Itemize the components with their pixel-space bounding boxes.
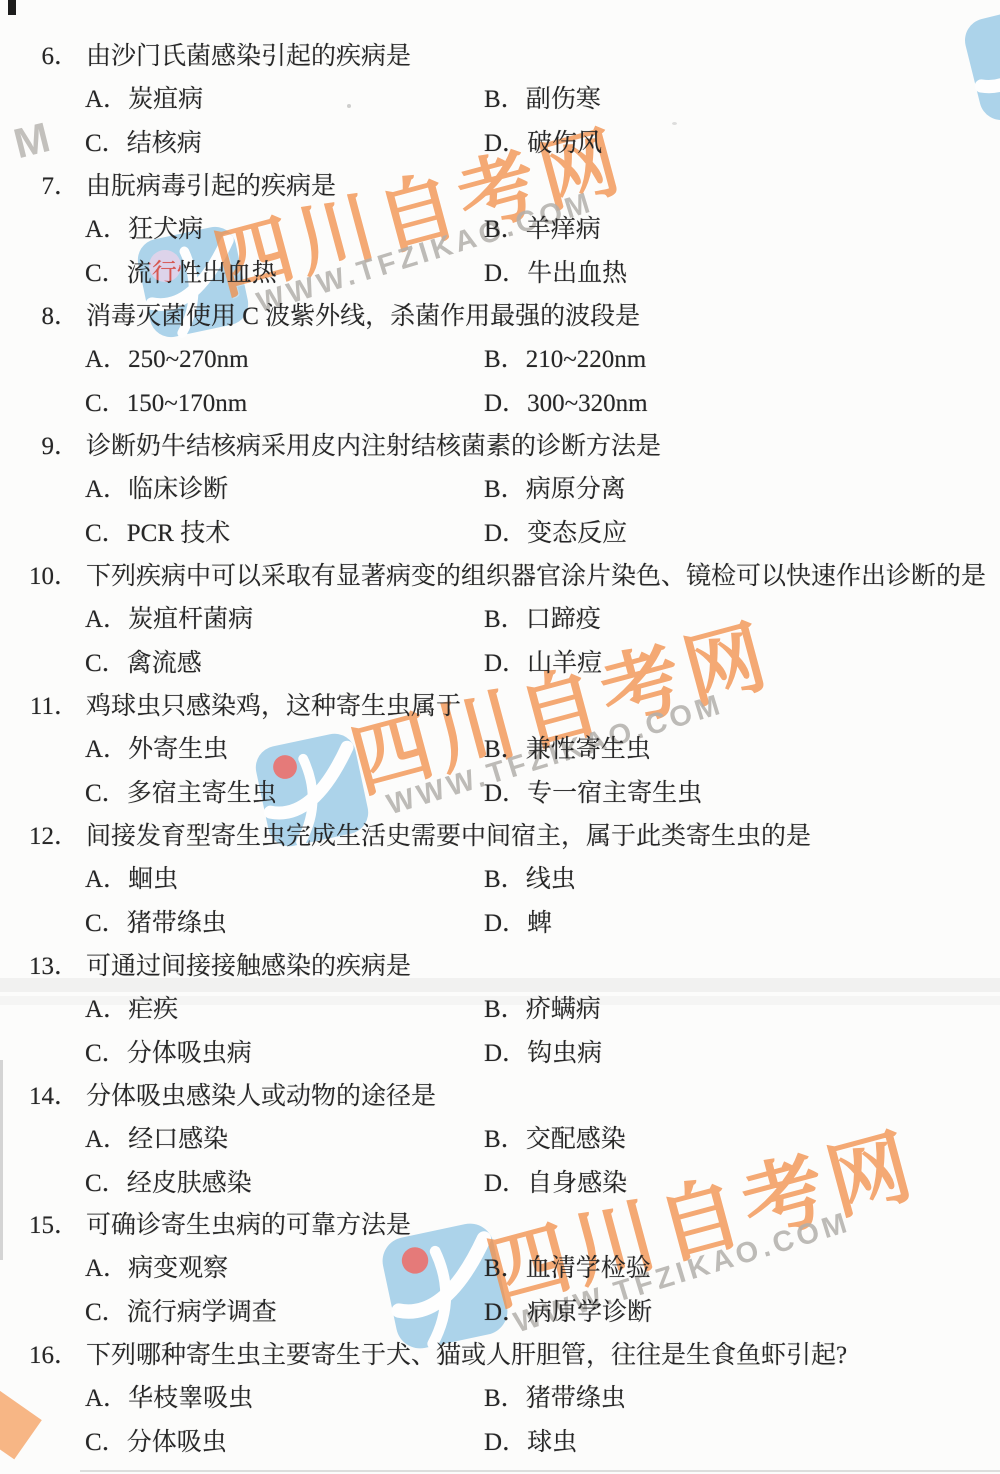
question-number: 12．	[0, 816, 79, 852]
option-d-text: 钩虫病	[527, 1040, 602, 1067]
question-number: 11．	[0, 686, 79, 722]
option-a-text: 炭疽杆菌病	[128, 606, 253, 633]
option-a-label: A．	[85, 476, 128, 503]
option-b-text: 血清学检验	[526, 1255, 651, 1282]
option-b-label: B．	[484, 346, 526, 373]
question-number: 8．	[0, 296, 79, 332]
option-c-text: 禽流感	[127, 650, 202, 677]
option-a-text: 经口感染	[128, 1126, 228, 1153]
options-row-ab: A．经口感染 B．交配感染	[0, 1119, 1000, 1153]
option-b-label: B．	[484, 476, 526, 503]
option-a-label: A．	[85, 1255, 128, 1282]
question-stem-text: 由朊病毒引起的疾病是	[86, 166, 336, 202]
option-b-label: B．	[484, 1385, 526, 1412]
options-row-cd: C．结核病 D．破伤风	[0, 123, 1000, 157]
option-c: C．多宿主寄生虫	[85, 773, 277, 809]
option-c: C．流行性出血热	[85, 253, 277, 289]
option-b-text: 口蹄疫	[526, 606, 601, 633]
option-c-text: 流行病学调查	[127, 1299, 277, 1326]
option-c-label: C．	[85, 1299, 127, 1326]
logo-red-dot	[149, 250, 181, 282]
option-c: C．禽流感	[85, 643, 202, 679]
option-d: D．破伤风	[484, 123, 602, 159]
question-number: 13．	[0, 946, 79, 982]
question-stem-text: 下列哪种寄生虫主要寄生于犬、猫或人肝胆管，往往是生食鱼虾引起?	[86, 1335, 847, 1371]
option-c: C．猪带绦虫	[85, 903, 227, 939]
option-c-text: 猪带绦虫	[127, 910, 227, 937]
option-d-text: 专一宿主寄生虫	[527, 780, 702, 807]
option-a-text: 蛔虫	[128, 866, 178, 893]
option-c-text: 结核病	[127, 130, 202, 157]
option-d-label: D．	[484, 650, 527, 677]
question-stem-text: 鸡球虫只感染鸡，这种寄生虫属于	[86, 686, 461, 722]
question-stem-text: 间接发育型寄生虫完成生活史需要中间宿主，属于此类寄生虫的是	[86, 816, 811, 852]
option-c-label: C．	[85, 390, 127, 417]
question-stem-row: 16． 下列哪种寄生虫主要寄生于犬、猫或人肝胆管，往往是生食鱼虾引起?	[0, 1335, 1000, 1369]
option-c-text: PCR 技术	[127, 520, 231, 547]
option-d-label: D．	[484, 1040, 527, 1067]
question-number: 16．	[0, 1335, 79, 1371]
option-a-label: A．	[85, 606, 128, 633]
question-stem-text: 消毒灭菌使用 C 波紫外线，杀菌作用最强的波段是	[86, 296, 640, 332]
question-9: 9． 诊断奶牛结核病采用皮内注射结核菌素的诊断方法是 A．临床诊断 B．病原分离…	[0, 426, 1000, 558]
option-a-text: 华枝睾吸虫	[128, 1385, 253, 1412]
question-number: 6．	[0, 36, 79, 72]
option-d-label: D．	[484, 1429, 527, 1456]
option-b-text: 疥螨病	[526, 996, 601, 1023]
option-c-text: 分体吸虫病	[127, 1040, 252, 1067]
option-a-label: A．	[85, 1126, 128, 1153]
question-number: 7．	[0, 166, 79, 202]
option-b-label: B．	[484, 1255, 526, 1282]
option-d-label: D．	[484, 780, 527, 807]
option-b-text: 兼性寄生虫	[526, 736, 651, 763]
options-row-ab: A．临床诊断 B．病原分离	[0, 469, 1000, 503]
option-c: C．分体吸虫	[85, 1422, 227, 1458]
option-c: C．结核病	[85, 123, 202, 159]
option-d: D．球虫	[484, 1422, 577, 1458]
option-a: A．经口感染	[85, 1119, 228, 1155]
question-stem-row: 11． 鸡球虫只感染鸡，这种寄生虫属于	[0, 686, 1000, 720]
options-row-ab: A．疟疾 B．疥螨病	[0, 989, 1000, 1023]
option-b-text: 交配感染	[526, 1126, 626, 1153]
option-c-label: C．	[85, 1170, 127, 1197]
question-stem-row: 9． 诊断奶牛结核病采用皮内注射结核菌素的诊断方法是	[0, 426, 1000, 460]
option-a: A．炭疽病	[85, 79, 203, 115]
option-c-text: 多宿主寄生虫	[127, 780, 277, 807]
option-b: B．病原分离	[484, 469, 626, 505]
option-b-label: B．	[484, 996, 526, 1023]
option-c-text: 150~170nm	[127, 390, 247, 417]
option-d: D．山羊痘	[484, 643, 602, 679]
options-row-ab: A．外寄生虫 B．兼性寄生虫	[0, 729, 1000, 763]
option-b-label: B．	[484, 866, 526, 893]
option-b-text: 羊痒病	[526, 216, 601, 243]
question-number: 14．	[0, 1076, 79, 1112]
option-a-label: A．	[85, 866, 128, 893]
option-b-label: B．	[484, 86, 526, 113]
option-c: C．经皮肤感染	[85, 1163, 252, 1199]
options-row-ab: A．炭疽杆菌病 B．口蹄疫	[0, 599, 1000, 633]
options-row-cd: C．150~170nm D．300~320nm	[0, 383, 1000, 417]
options-row-cd: C．流行病学调查 D．病原学诊断	[0, 1292, 1000, 1326]
option-a-label: A．	[85, 1385, 128, 1412]
question-stem-text: 由沙门氏菌感染引起的疾病是	[86, 36, 411, 72]
option-d-text: 蜱	[527, 910, 552, 937]
question-stem-row: 7． 由朊病毒引起的疾病是	[0, 166, 1000, 200]
option-d-label: D．	[484, 520, 527, 547]
option-c-label: C．	[85, 910, 127, 937]
option-a: A．华枝睾吸虫	[85, 1378, 253, 1414]
option-a-text: 病变观察	[128, 1255, 228, 1282]
option-d-text: 300~320nm	[527, 390, 647, 417]
question-stem-text: 诊断奶牛结核病采用皮内注射结核菌素的诊断方法是	[86, 426, 661, 462]
option-a: A．炭疽杆菌病	[85, 599, 253, 635]
option-c-label: C．	[85, 650, 127, 677]
question-stem-row: 10． 下列疾病中可以采取有显著病变的组织器官涂片染色、镜检可以快速作出诊断的是	[0, 556, 1000, 590]
option-a-label: A．	[85, 996, 128, 1023]
question-13: 13． 可通过间接接触感染的疾病是 A．疟疾 B．疥螨病 C．分体吸虫病 D．钩…	[0, 946, 1000, 1078]
question-6: 6． 由沙门氏菌感染引起的疾病是 A．炭疽病 B．副伤寒 C．结核病 D．破伤风	[0, 36, 1000, 168]
question-stem-row: 12． 间接发育型寄生虫完成生活史需要中间宿主，属于此类寄生虫的是	[0, 816, 1000, 850]
option-b: B．血清学检验	[484, 1248, 651, 1284]
option-d-text: 山羊痘	[527, 650, 602, 677]
options-row-cd: C．禽流感 D．山羊痘	[0, 643, 1000, 677]
option-a: A．250~270nm	[85, 339, 249, 375]
option-b-text: 线虫	[526, 866, 576, 893]
question-14: 14． 分体吸虫感染人或动物的途径是 A．经口感染 B．交配感染 C．经皮肤感染…	[0, 1076, 1000, 1208]
option-d-text: 病原学诊断	[527, 1299, 652, 1326]
option-a-label: A．	[85, 86, 128, 113]
option-b-label: B．	[484, 216, 526, 243]
option-b: B．疥螨病	[484, 989, 601, 1025]
option-a-label: A．	[85, 736, 128, 763]
option-c-label: C．	[85, 130, 127, 157]
option-a: A．疟疾	[85, 989, 178, 1025]
option-b: B．羊痒病	[484, 209, 601, 245]
option-a: A．外寄生虫	[85, 729, 228, 765]
option-d-text: 变态反应	[527, 520, 627, 547]
question-stem-text: 可确诊寄生虫病的可靠方法是	[86, 1205, 411, 1241]
options-row-ab: A．狂犬病 B．羊痒病	[0, 209, 1000, 243]
option-d-label: D．	[484, 130, 527, 157]
options-row-ab: A．250~270nm B．210~220nm	[0, 339, 1000, 373]
option-d-text: 破伤风	[527, 130, 602, 157]
option-b-text: 副伤寒	[526, 86, 601, 113]
option-a-text: 外寄生虫	[128, 736, 228, 763]
exam-scan-page: 四川自考网 WWW.TFZIKAO.COM 四川自考网 WWW.TFZIKAO.…	[0, 0, 1000, 1474]
options-row-cd: C．经皮肤感染 D．自身感染	[0, 1163, 1000, 1197]
question-number: 10．	[0, 556, 79, 592]
option-d-text: 球虫	[527, 1429, 577, 1456]
option-d: D．蜱	[484, 903, 552, 939]
option-a: A．狂犬病	[85, 209, 203, 245]
option-c: C．分体吸虫病	[85, 1033, 252, 1069]
options-row-cd: C．猪带绦虫 D．蜱	[0, 903, 1000, 937]
question-16: 16． 下列哪种寄生虫主要寄生于犬、猫或人肝胆管，往往是生食鱼虾引起? A．华枝…	[0, 1335, 1000, 1467]
option-a-text: 疟疾	[128, 996, 178, 1023]
question-7: 7． 由朊病毒引起的疾病是 A．狂犬病 B．羊痒病 C．流行性出血热 D．牛出血…	[0, 166, 1000, 298]
option-a-label: A．	[85, 216, 128, 243]
option-d: D．钩虫病	[484, 1033, 602, 1069]
option-a-label: A．	[85, 346, 128, 373]
option-d-label: D．	[484, 260, 527, 287]
option-b: B．交配感染	[484, 1119, 626, 1155]
options-row-ab: A．蛔虫 B．线虫	[0, 859, 1000, 893]
option-d: D．300~320nm	[484, 383, 648, 419]
option-b-label: B．	[484, 1126, 526, 1153]
option-d: D．自身感染	[484, 1163, 627, 1199]
question-stem-row: 8． 消毒灭菌使用 C 波紫外线，杀菌作用最强的波段是	[0, 296, 1000, 330]
option-c: C．流行病学调查	[85, 1292, 277, 1328]
option-b: B．兼性寄生虫	[484, 729, 651, 765]
options-row-cd: C．多宿主寄生虫 D．专一宿主寄生虫	[0, 773, 1000, 807]
option-b: B．210~220nm	[484, 339, 646, 375]
question-number: 15．	[0, 1205, 79, 1241]
option-b-label: B．	[484, 736, 526, 763]
question-number: 9．	[0, 426, 79, 462]
question-11: 11． 鸡球虫只感染鸡，这种寄生虫属于 A．外寄生虫 B．兼性寄生虫 C．多宿主…	[0, 686, 1000, 818]
question-12: 12． 间接发育型寄生虫完成生活史需要中间宿主，属于此类寄生虫的是 A．蛔虫 B…	[0, 816, 1000, 948]
option-b-text: 病原分离	[526, 476, 626, 503]
option-c-text: 分体吸虫	[127, 1429, 227, 1456]
option-d: D．牛出血热	[484, 253, 627, 289]
question-stem-text: 分体吸虫感染人或动物的途径是	[86, 1076, 436, 1112]
option-b-label: B．	[484, 606, 526, 633]
option-d-label: D．	[484, 910, 527, 937]
option-d: D．专一宿主寄生虫	[484, 773, 702, 809]
option-b: B．线虫	[484, 859, 576, 895]
question-10: 10． 下列疾病中可以采取有显著病变的组织器官涂片染色、镜检可以快速作出诊断的是…	[0, 556, 1000, 688]
question-stem-row: 6． 由沙门氏菌感染引起的疾病是	[0, 36, 1000, 70]
scan-edge-line	[80, 1470, 1000, 1472]
question-stem-row: 15． 可确诊寄生虫病的可靠方法是	[0, 1205, 1000, 1239]
option-c: C．150~170nm	[85, 383, 247, 419]
option-a-text: 临床诊断	[128, 476, 228, 503]
option-a-text: 250~270nm	[128, 346, 248, 373]
options-row-cd: C．分体吸虫 D．球虫	[0, 1422, 1000, 1456]
question-stem-row: 13． 可通过间接接触感染的疾病是	[0, 946, 1000, 980]
question-stem-row: 14． 分体吸虫感染人或动物的途径是	[0, 1076, 1000, 1110]
option-a: A．蛔虫	[85, 859, 178, 895]
option-c-label: C．	[85, 780, 127, 807]
option-b: B．副伤寒	[484, 79, 601, 115]
option-b-text: 猪带绦虫	[526, 1385, 626, 1412]
option-c: C．PCR 技术	[85, 513, 230, 549]
option-b-text: 210~220nm	[526, 346, 646, 373]
option-d-label: D．	[484, 390, 527, 417]
option-c-label: C．	[85, 1429, 127, 1456]
option-c-label: C．	[85, 520, 127, 547]
options-row-ab: A．华枝睾吸虫 B．猪带绦虫	[0, 1378, 1000, 1412]
question-stem-text: 下列疾病中可以采取有显著病变的组织器官涂片染色、镜检可以快速作出诊断的是	[86, 556, 986, 592]
options-row-ab: A．病变观察 B．血清学检验	[0, 1248, 1000, 1282]
option-b: B．猪带绦虫	[484, 1378, 626, 1414]
option-c-label: C．	[85, 260, 127, 287]
question-15: 15． 可确诊寄生虫病的可靠方法是 A．病变观察 B．血清学检验 C．流行病学调…	[0, 1205, 1000, 1337]
option-a: A．病变观察	[85, 1248, 228, 1284]
options-row-cd: C．分体吸虫病 D．钩虫病	[0, 1033, 1000, 1067]
option-d-text: 牛出血热	[527, 260, 627, 287]
option-d: D．变态反应	[484, 513, 627, 549]
option-a: A．临床诊断	[85, 469, 228, 505]
options-row-cd: C．PCR 技术 D．变态反应	[0, 513, 1000, 547]
option-d: D．病原学诊断	[484, 1292, 652, 1328]
option-d-label: D．	[484, 1170, 527, 1197]
scan-corner-mark	[8, 0, 16, 15]
question-8: 8． 消毒灭菌使用 C 波紫外线，杀菌作用最强的波段是 A．250~270nm …	[0, 296, 1000, 428]
option-c-text: 经皮肤感染	[127, 1170, 252, 1197]
option-c-label: C．	[85, 1040, 127, 1067]
option-d-text: 自身感染	[527, 1170, 627, 1197]
option-d-label: D．	[484, 1299, 527, 1326]
question-stem-text: 可通过间接接触感染的疾病是	[86, 946, 411, 982]
option-a-text: 狂犬病	[128, 216, 203, 243]
option-a-text: 炭疽病	[128, 86, 203, 113]
option-b: B．口蹄疫	[484, 599, 601, 635]
options-row-ab: A．炭疽病 B．副伤寒	[0, 79, 1000, 113]
